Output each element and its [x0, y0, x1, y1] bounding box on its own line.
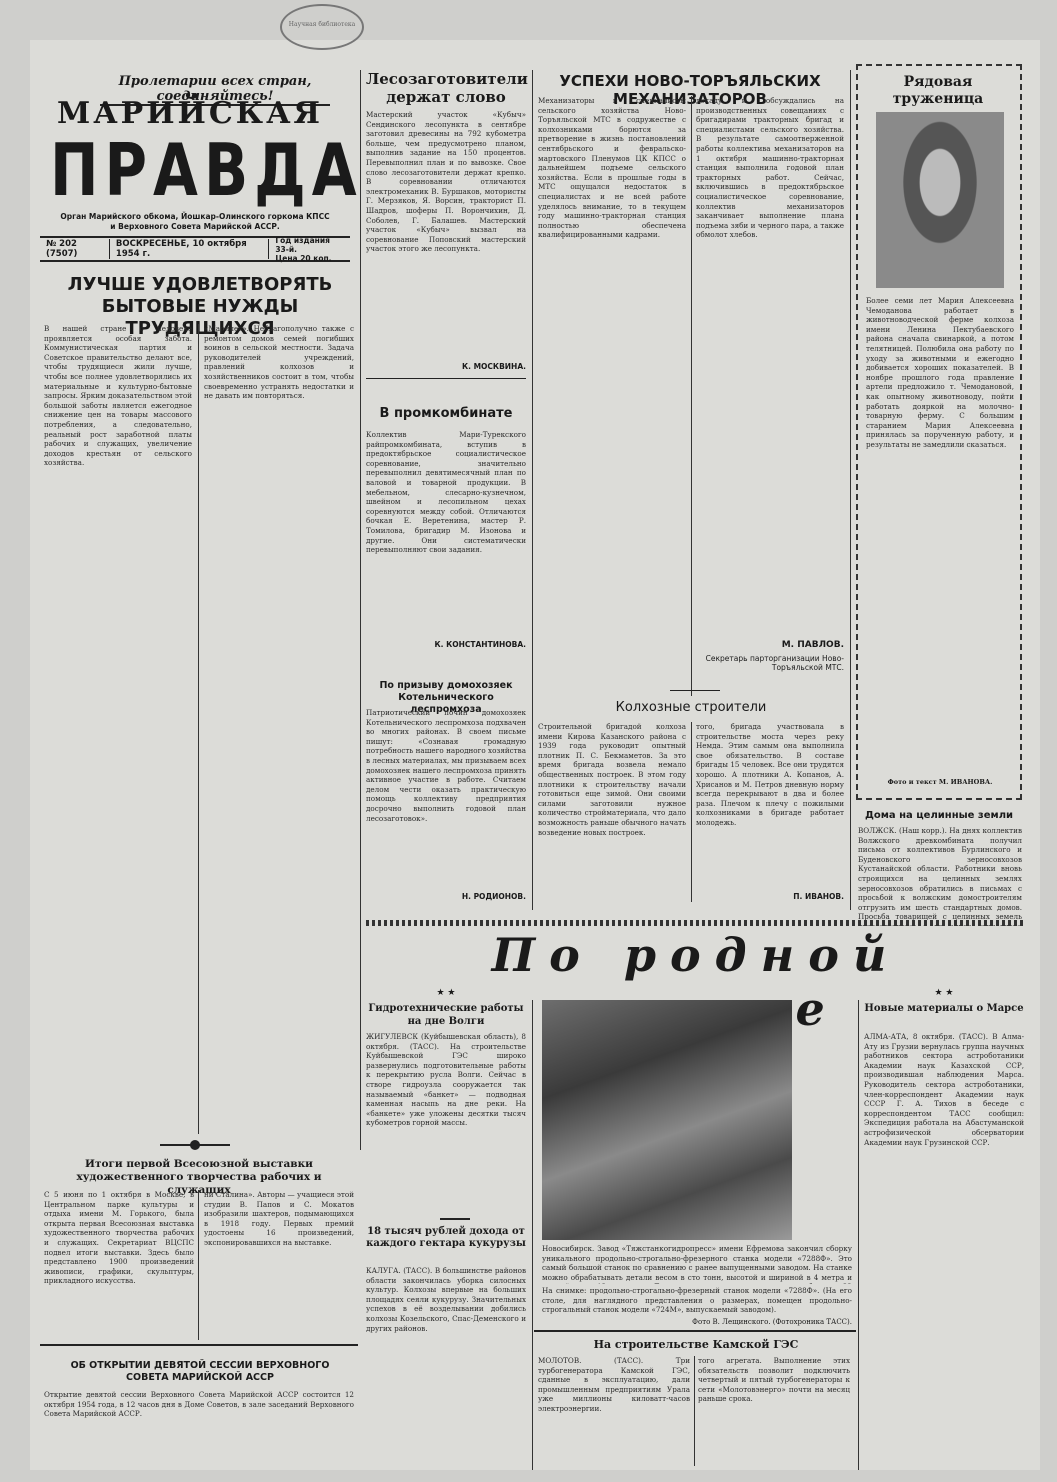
mechanizers-body-col1: Механизаторы и специалисты сельского хоз…: [538, 96, 686, 676]
ornament-dot: [190, 1140, 200, 1150]
issue-bar: № 202 (7507) ВОСКРЕСЕНЬЕ, 10 октября 195…: [40, 236, 350, 262]
volga-headline: Гидротехнические работы на дне Волги: [366, 1002, 526, 1028]
stars-left: ★ ★: [366, 988, 526, 998]
volga-body: ЖИГУЛЕВСК (Куйбышевская область), 8 октя…: [366, 1032, 526, 1212]
corn-body: КАЛУГА. (ТАСС). В большинстве районов об…: [366, 1266, 526, 1466]
worker-profile-headline: Рядовая труженица: [870, 74, 1006, 108]
issue-date: ВОСКРЕСЕНЬЕ, 10 октября 1954 г.: [110, 239, 269, 259]
machine-caption: Новосибирск. Завод «Тяжстанкогидропресс»…: [542, 1244, 852, 1284]
masthead-organ: Орган Марийского обкома, Йошкар-Олинског…: [60, 212, 330, 232]
exhibition-body-col2: ни Сталина». Авторы — учащиеся этой студ…: [204, 1190, 354, 1340]
virgin-lands-headline: Дома на целинные земли: [856, 810, 1022, 821]
corn-headline: 18 тысяч рублей дохода от каждого гектар…: [366, 1226, 526, 1250]
lead-body-col1: В нашей стране о человеке проявляется ос…: [44, 324, 192, 1134]
kama-body-col2: того агрегата. Выполнение этих обязатель…: [698, 1356, 850, 1466]
masthead-title-line2: ПРАВДА: [50, 133, 330, 208]
mechanizers-signature-title: Секретарь парторганизации Ново-Торъяльск…: [696, 654, 844, 672]
promkombinat-signature: К. КОНСТАНТИНОВА.: [366, 640, 526, 649]
virgin-lands-body: ВОЛЖСК. (Наш корр.). На днях коллектив В…: [858, 826, 1022, 926]
worker-portrait-photo: [876, 112, 1004, 288]
machine-photo-credit: Фото В. Лещинского. (Фотохроника ТАСС).: [542, 1318, 852, 1326]
builders-signature: П. ИВАНОВ.: [696, 892, 844, 901]
housewives-body: Патриотический почин домохозяек Котельни…: [366, 708, 526, 886]
newspaper-page: Научная библиотека Пролетарии всех стран…: [30, 40, 1040, 1470]
session-headline: ОБ ОТКРЫТИИ ДЕВЯТОЙ СЕССИИ ВЕРХОВНОГО СО…: [50, 1360, 350, 1384]
promkombinat-headline: В промкомбинате: [366, 406, 526, 421]
housewives-signature: Н. РОДИОНОВ.: [366, 892, 526, 901]
builders-body-col1: Строительной бригадой колхоза имени Киро…: [538, 722, 686, 902]
kama-headline: На строительстве Камской ГЭС: [538, 1338, 854, 1351]
issue-year-price: Год издания 33-й.Цена 20 коп.: [269, 236, 350, 263]
loggers-body: Мастерский участок «Кубыч» Сендинского л…: [366, 110, 526, 356]
rubric-border: [366, 920, 1026, 926]
issue-number: № 202 (7507): [40, 239, 110, 259]
mars-headline: Новые материалы о Марсе: [864, 1002, 1024, 1015]
builders-body-col2: того, бригада участвовала в строительств…: [696, 722, 844, 890]
lead-body-col2: «Марилес». Неблагополучно также с ремонт…: [204, 324, 354, 1134]
loggers-signature: К. МОСКВИНА.: [366, 362, 526, 371]
mechanizers-body-col2: декаду и обсуждались на производственных…: [696, 96, 844, 636]
library-stamp: Научная библиотека: [280, 4, 364, 50]
promkombinat-body: Коллектив Мари-Турекского райпромкомбина…: [366, 430, 526, 636]
masthead-title-line1: МАРИЙСКАЯ: [50, 96, 330, 131]
builders-headline: Колхозные строители: [538, 700, 844, 715]
stars-right: ★ ★: [864, 988, 1024, 998]
worker-profile-body: Более семи лет Мария Алексеевна Чемодано…: [866, 296, 1014, 772]
machine-caption-note: На снимке: продольно-строгально-фрезерны…: [542, 1286, 852, 1316]
machine-photo: [542, 1000, 792, 1240]
kama-body-col1: МОЛОТОВ. (ТАСС). Три турбогенератора Кам…: [538, 1356, 690, 1466]
loggers-headline: Лесозаготовители держат слово: [366, 70, 526, 106]
mechanizers-signature: М. ПАВЛОВ.: [696, 640, 844, 650]
session-body: Открытие девятой сессии Верховного Совет…: [44, 1390, 354, 1450]
exhibition-body-col1: С 5 июня по 1 октября в Москве, в Центра…: [44, 1190, 194, 1340]
worker-profile-credit: Фото и текст М. ИВАНОВА.: [866, 778, 1014, 786]
mars-body: АЛМА-АТА, 8 октября. (ТАСС). В Алма-Ату …: [864, 1032, 1024, 1462]
